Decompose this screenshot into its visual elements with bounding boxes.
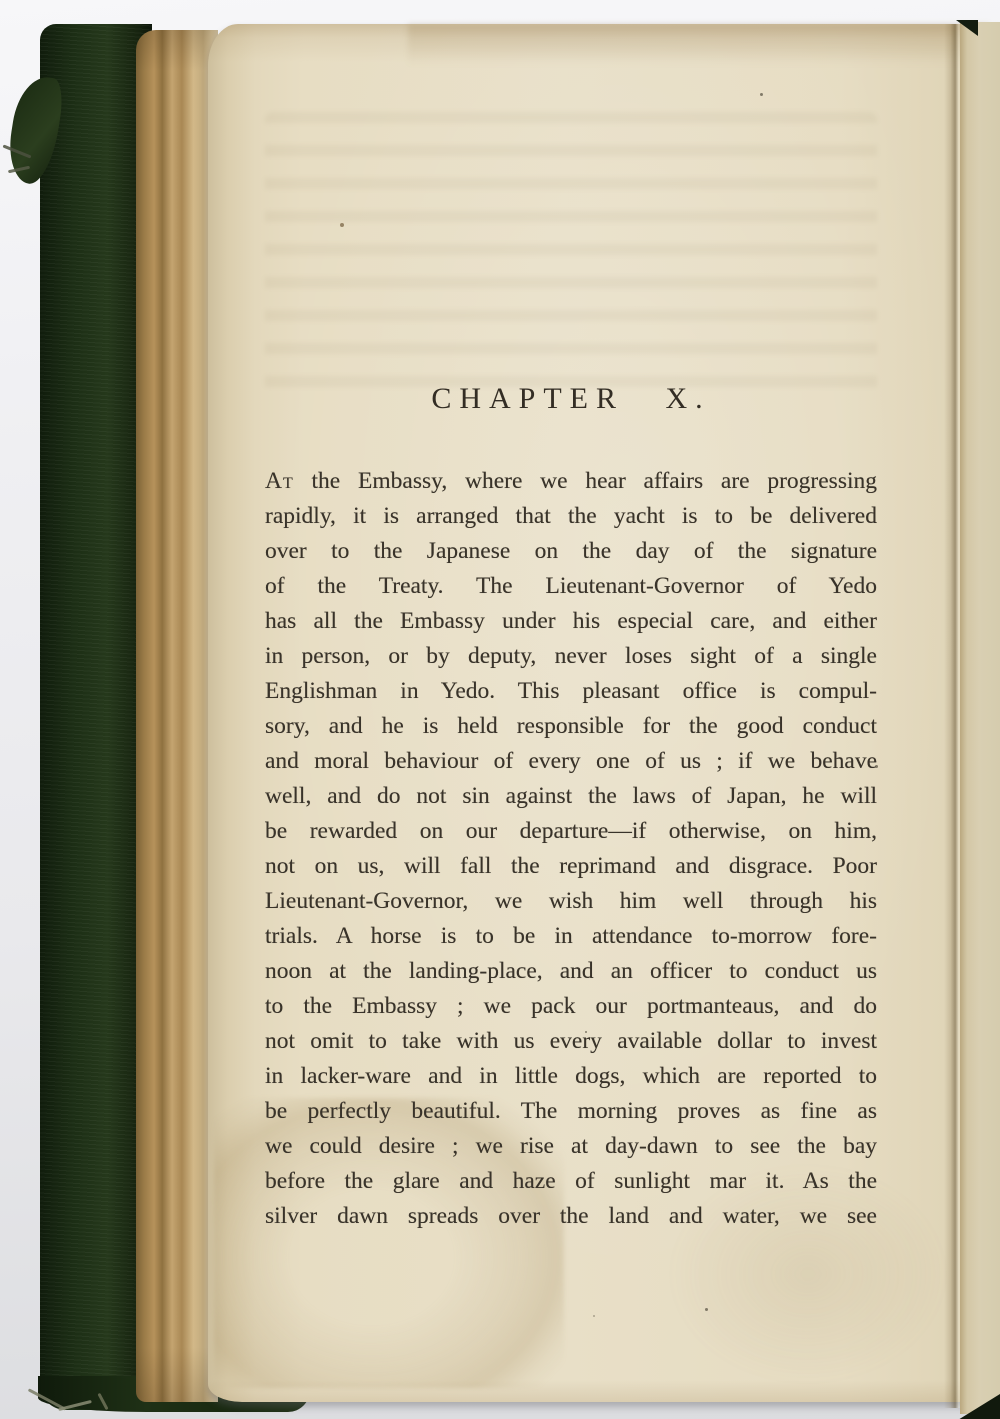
- text-line: of the Treaty. The Lieutenant-Governor o…: [265, 569, 877, 604]
- text-line: not omit to take with us every available…: [265, 1024, 877, 1059]
- show-through-text: [265, 112, 877, 404]
- text-line: be rewarded on our departure—if otherwis…: [265, 814, 877, 849]
- text-line: to the Embassy ; we pack our portmanteau…: [265, 989, 877, 1024]
- text-line: Lieutenant-Governor, we wish him well th…: [265, 884, 877, 919]
- text-line: noon at the landing-place, and an office…: [265, 954, 877, 989]
- text-line: has all the Embassy under his especial c…: [265, 604, 877, 639]
- text-line: rapidly, it is arranged that the yacht i…: [265, 499, 877, 534]
- book-page: CHAPTER X. At the Embassy, where we hear…: [208, 24, 1000, 1402]
- lead-word: At: [265, 468, 294, 494]
- text-line: silver dawn spreads over the land and wa…: [265, 1199, 877, 1234]
- text-line: sory, and he is held responsible for the…: [265, 709, 877, 744]
- text-line: Englishman in Yedo. This pleasant office…: [265, 674, 877, 709]
- adjacent-page-edge: [960, 22, 1000, 1414]
- body-paragraph: At the Embassy, where we hear affairs ar…: [265, 464, 877, 1234]
- text-line-rest: the Embassy, where we hear affairs are p…: [312, 468, 877, 494]
- text-line: be perfectly beautiful. The morning prov…: [265, 1094, 877, 1129]
- text-line: not on us, will fall the reprimand and d…: [265, 849, 877, 884]
- text-line: At the Embassy, where we hear affairs ar…: [265, 464, 877, 499]
- text-line: we could desire ; we rise at day-dawn to…: [265, 1129, 877, 1164]
- text-line: in lacker-ware and in little dogs, which…: [265, 1059, 877, 1094]
- text-line: well, and do not sin against the laws of…: [265, 779, 877, 814]
- foxing-speck: [593, 1315, 595, 1317]
- text-line: over to the Japanese on the day of the s…: [265, 534, 877, 569]
- photo-backdrop: CHAPTER X. At the Embassy, where we hear…: [0, 0, 1000, 1419]
- text-line: trials. A horse is to be in attendance t…: [265, 919, 877, 954]
- foxing-speck: [760, 93, 763, 96]
- stain: [408, 24, 988, 66]
- text-line: and moral behaviour of every one of us ;…: [265, 744, 877, 779]
- foxing-speck: [340, 223, 344, 227]
- chapter-heading: CHAPTER X.: [265, 382, 877, 416]
- foxing-speck: [705, 1308, 708, 1311]
- text-line: before the glare and haze of sunlight ma…: [265, 1164, 877, 1199]
- text-line: in person, or by deputy, never loses sig…: [265, 639, 877, 674]
- page-edge-stack: [136, 30, 218, 1402]
